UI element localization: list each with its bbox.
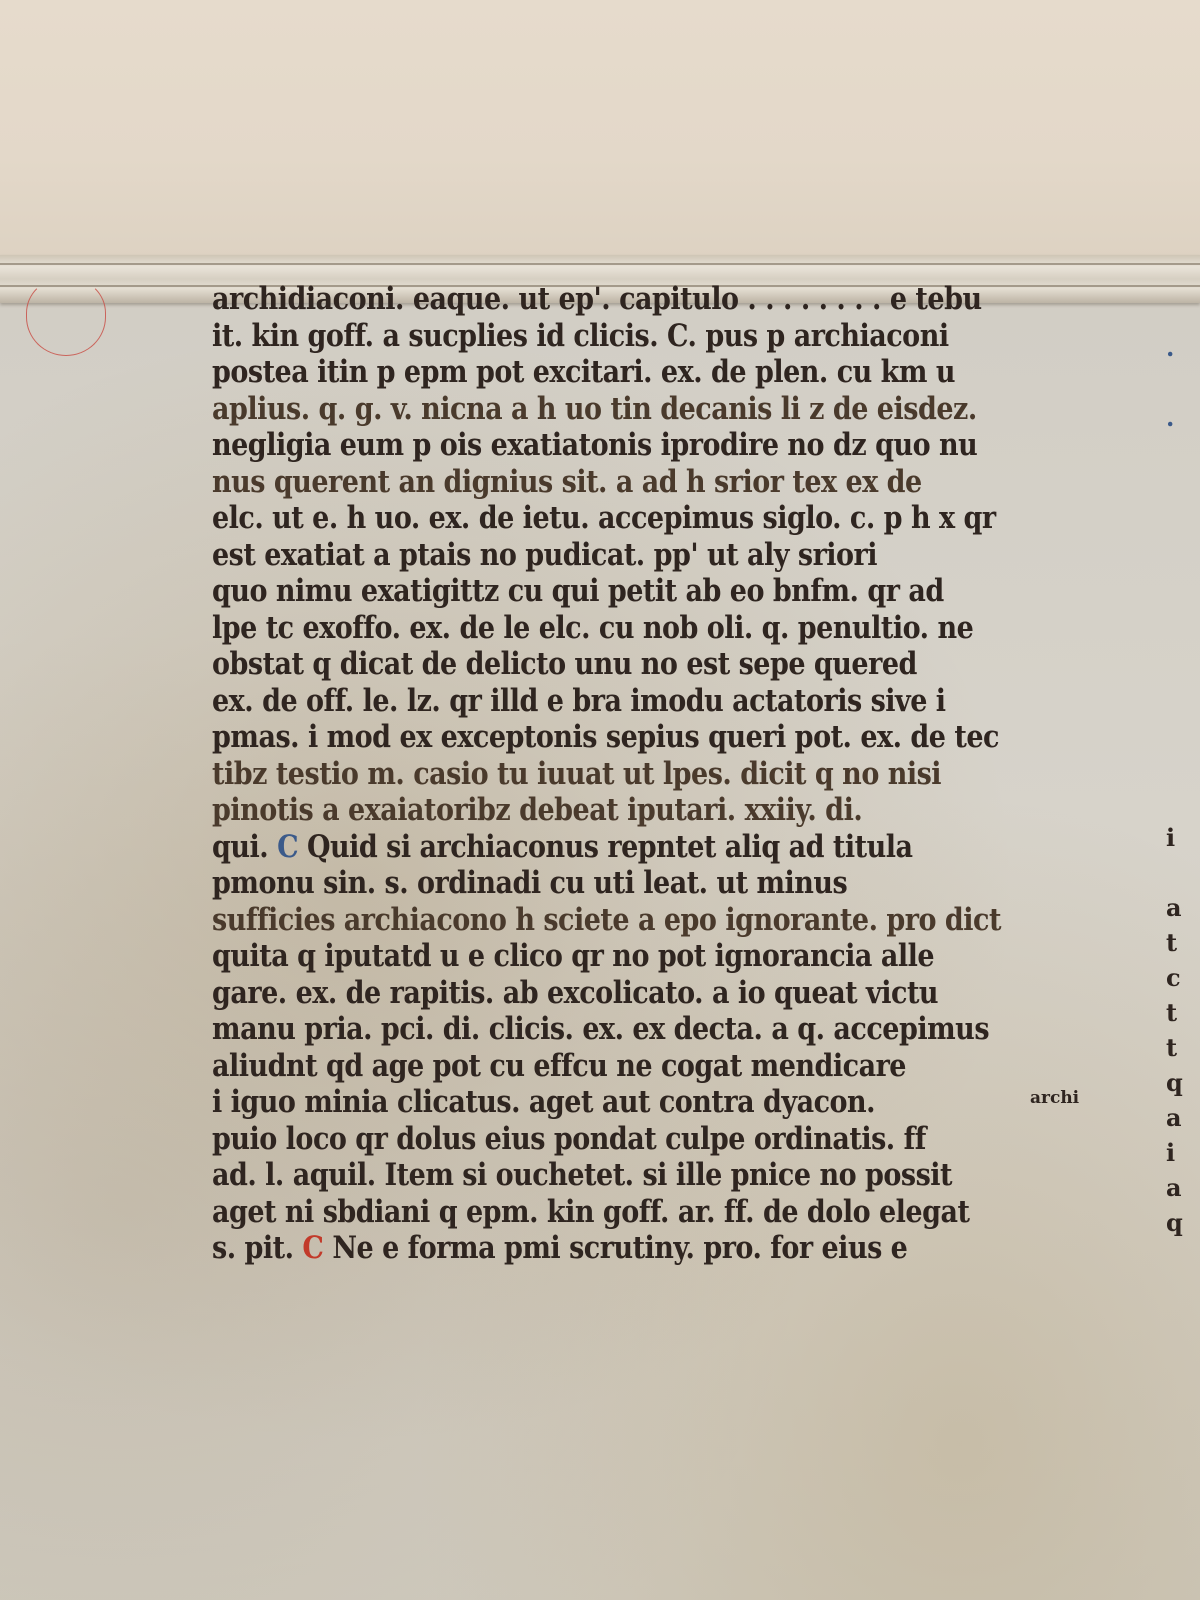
adjacent-column-letter: t <box>1162 1030 1200 1065</box>
text-line: pinotis a exaiatoribz debeat iputari. xx… <box>212 790 1052 832</box>
adjacent-column-letter <box>1162 575 1200 610</box>
adjacent-column-letter <box>1162 750 1200 785</box>
adjacent-column-letter <box>1162 365 1200 400</box>
text-line: quo nimu exatigittz cu qui petit ab eo b… <box>212 571 1052 613</box>
text-line: pmonu sin. s. ordinadi cu uti leat. ut m… <box>212 863 1052 905</box>
text-line: postea itin p epm pot excitari. ex. de p… <box>212 352 1052 394</box>
text-line: archidiaconi. eaque. ut ep'. capitulo . … <box>212 279 1052 321</box>
text-line: s. pit. C Ne e forma pmi scrutiny. pro. … <box>212 1228 1052 1270</box>
text-line: manu pria. pci. di. clicis. ex. ex decta… <box>212 1009 1052 1051</box>
adjacent-column-letter <box>1162 470 1200 505</box>
text-line: pmas. i mod ex exceptonis sepius queri p… <box>212 717 1052 759</box>
paper-guard-strip <box>0 0 1200 262</box>
adjacent-column-letter: i <box>1162 820 1200 855</box>
adjacent-column-letter: q <box>1162 1065 1200 1100</box>
adjacent-column-letter: c <box>1162 960 1200 995</box>
text-line: i iguo minia clicatus. aget aut contra d… <box>212 1082 1052 1124</box>
adjacent-column-letter: a <box>1162 890 1200 925</box>
adjacent-column-letter: a <box>1162 1170 1200 1205</box>
adjacent-column-letter: . <box>1162 400 1200 435</box>
adjacent-column-letter <box>1162 540 1200 575</box>
main-text-column: archidiaconi. eaque. ut ep'. capitulo . … <box>212 282 1052 1268</box>
crease-line <box>0 263 1200 265</box>
adjacent-column-letter <box>1162 785 1200 820</box>
adjacent-column-letter <box>1162 645 1200 680</box>
paraph-mark: C <box>277 829 298 865</box>
adjacent-column-letter: q <box>1162 1205 1200 1240</box>
text-line: ad. l. aquil. Item si ouchetet. si ille … <box>212 1155 1052 1197</box>
adjacent-column-letter <box>1162 435 1200 470</box>
text-line: quita q iputatd u e clico qr no pot igno… <box>212 936 1052 978</box>
paraph-mark: C <box>302 1231 323 1267</box>
marginal-note: archi <box>1030 1088 1079 1108</box>
text-line: elc. ut e. h uo. ex. de ietu. accepimus … <box>212 498 1052 540</box>
adjacent-column-letter: . <box>1162 330 1200 365</box>
adjacent-column-fragment: ..iatcttqaiaq <box>1162 330 1200 1310</box>
adjacent-column-letter: i <box>1162 1135 1200 1170</box>
adjacent-column-letter: t <box>1162 925 1200 960</box>
adjacent-column-letter <box>1162 855 1200 890</box>
text-line: negligia eum p ois exatiatonis iprodire … <box>212 425 1052 467</box>
adjacent-column-letter <box>1162 610 1200 645</box>
adjacent-column-letter: a <box>1162 1100 1200 1135</box>
text-line: obstat q dicat de delicto unu no est sep… <box>212 644 1052 686</box>
adjacent-column-letter: t <box>1162 995 1200 1030</box>
red-pen-sketch <box>26 278 106 356</box>
adjacent-column-letter <box>1162 680 1200 715</box>
adjacent-column-letter <box>1162 715 1200 750</box>
adjacent-column-letter <box>1162 505 1200 540</box>
